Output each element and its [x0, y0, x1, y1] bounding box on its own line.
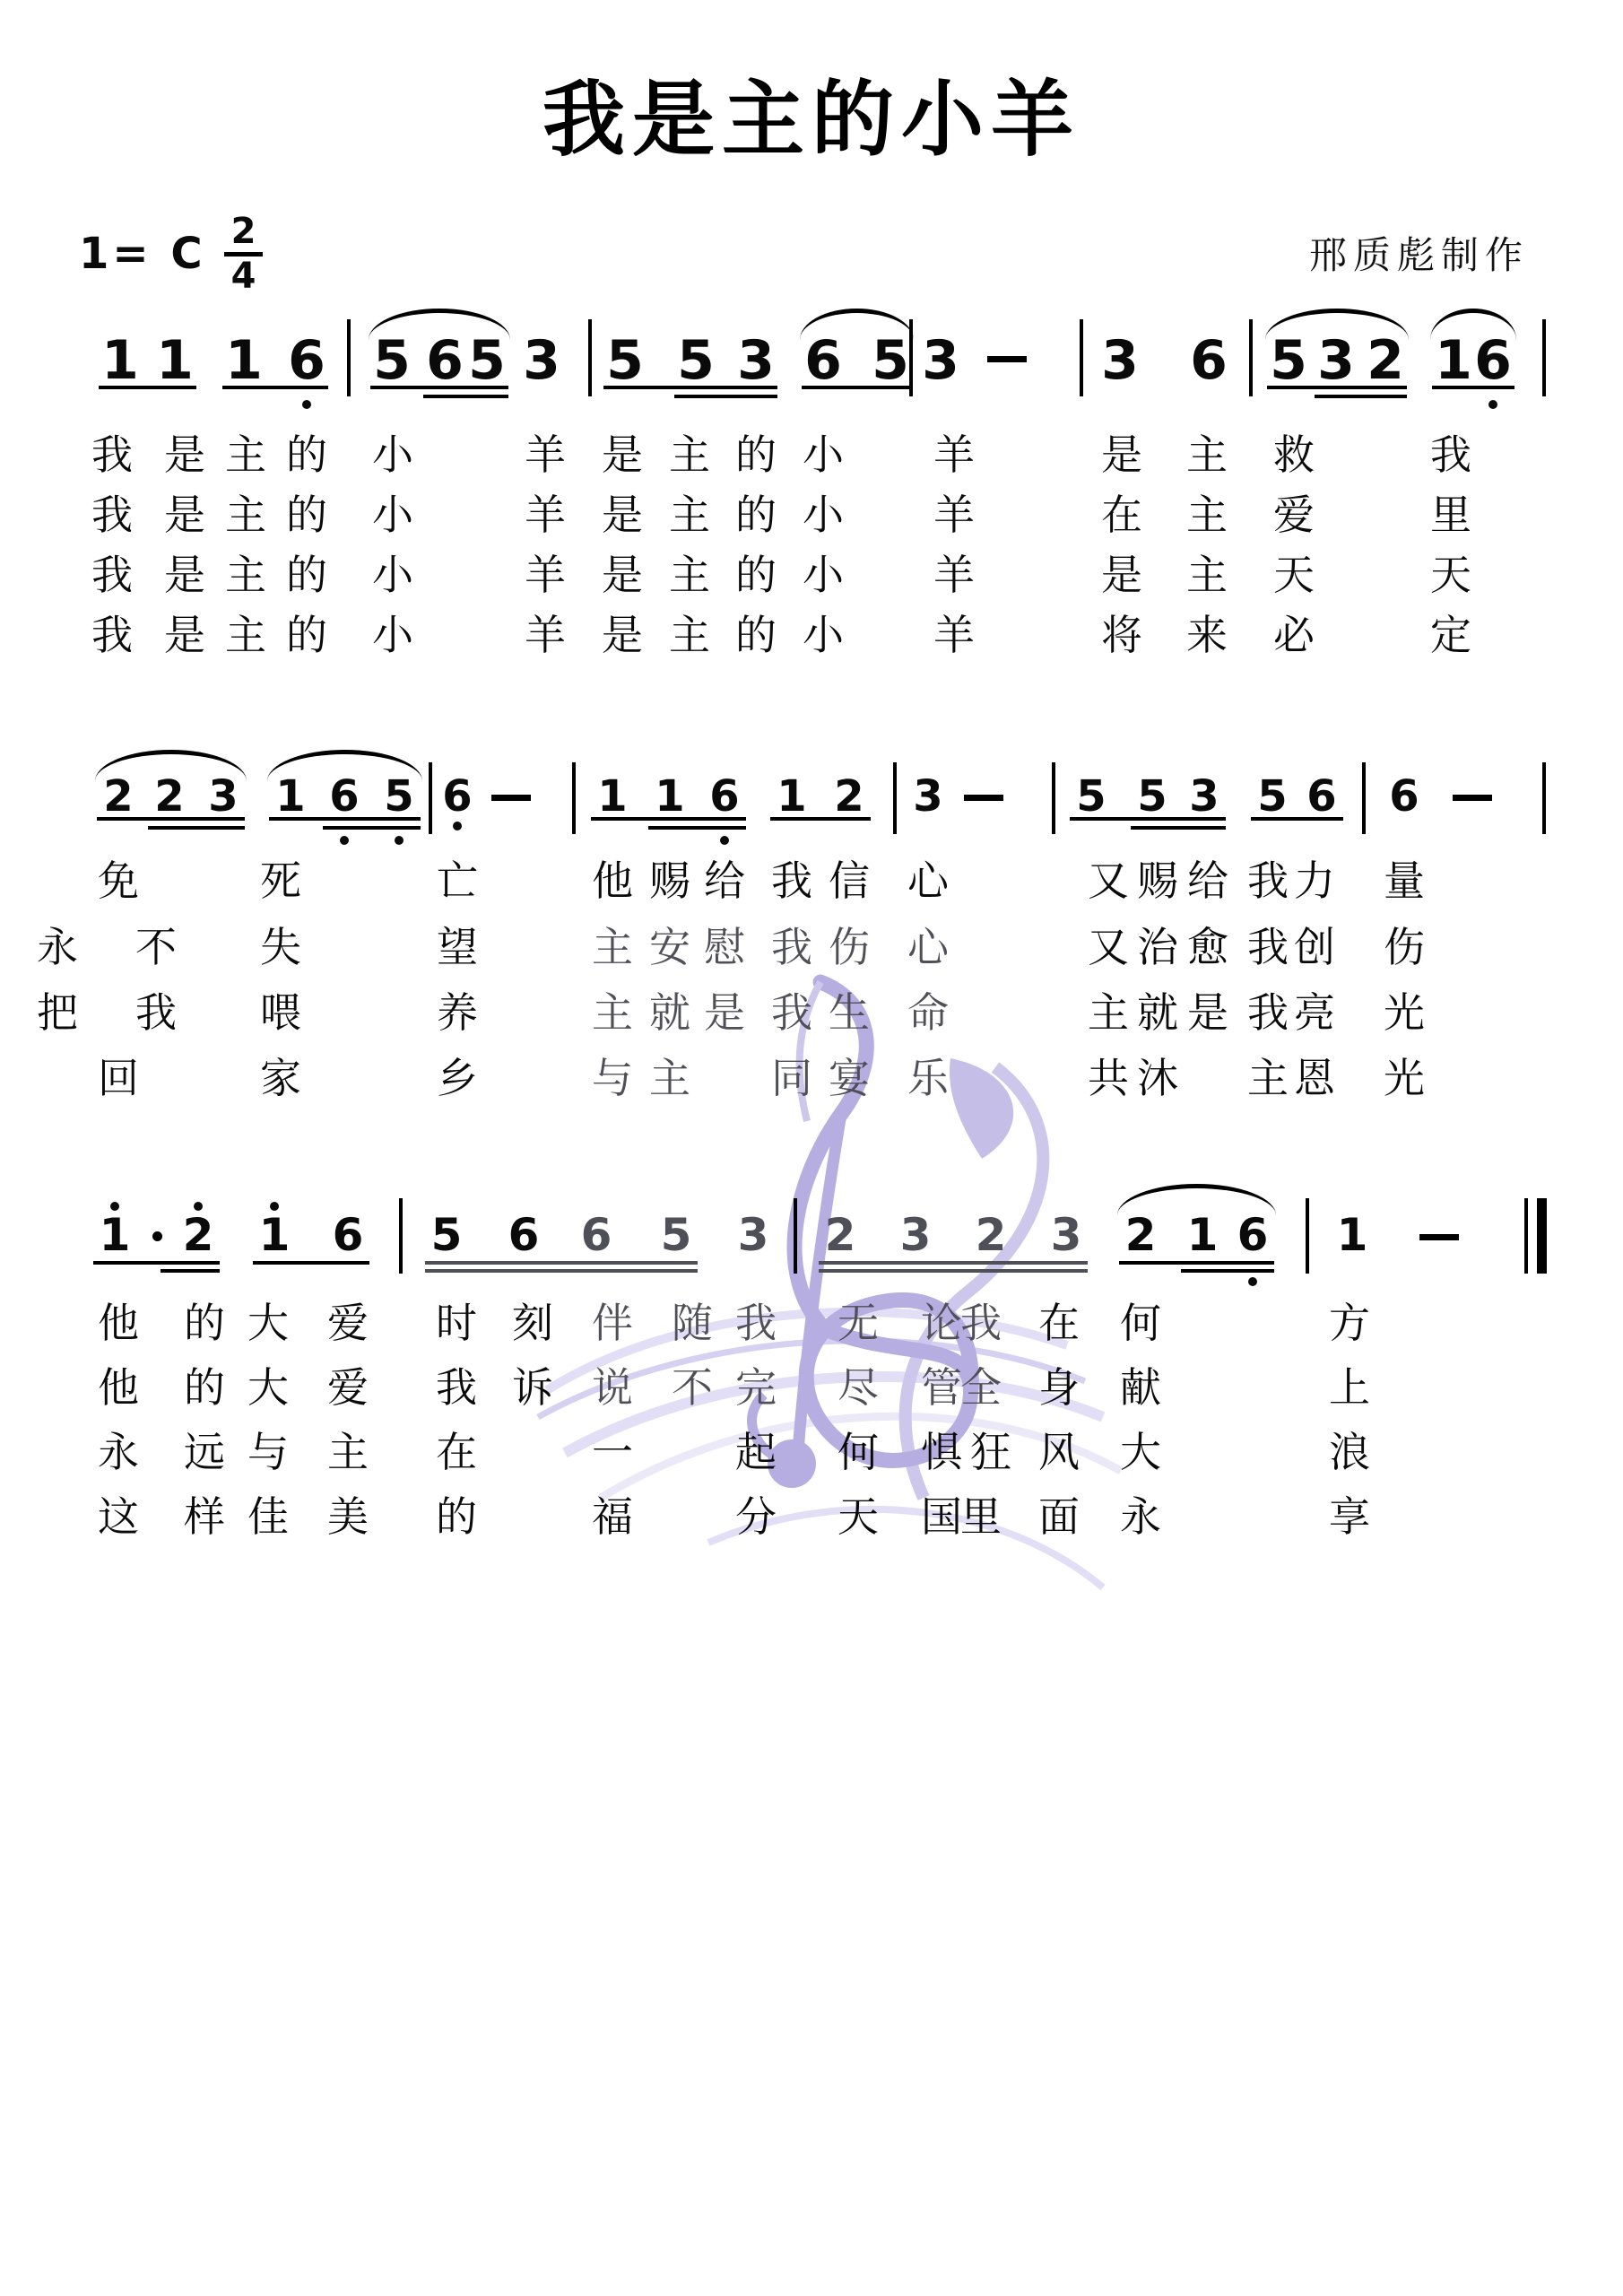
lyric-char: 主: [645, 1057, 695, 1099]
beam-underline: [770, 817, 871, 821]
beam-underline: [253, 1261, 369, 1265]
lyric-char: 主: [587, 926, 638, 968]
note-digit: 3: [1037, 1213, 1095, 1257]
lyric-char: 风: [1034, 1431, 1084, 1473]
lyric-char: 就: [645, 992, 695, 1033]
lyric-char: 我: [956, 1302, 1006, 1344]
key-time-signature: 1= C 2 4: [79, 213, 263, 295]
lyric-char: 量: [1379, 860, 1429, 901]
beam-underline: [591, 817, 746, 821]
song-title: 我是主的小羊: [0, 54, 1623, 172]
note-digit: 1: [584, 775, 641, 818]
beam-underline: [1119, 1261, 1274, 1265]
augmentation-dot: [152, 1231, 162, 1241]
lyric-char: 这: [93, 1496, 143, 1537]
lyric-char: 宴: [824, 1057, 874, 1099]
lyric-char: 给: [699, 860, 750, 901]
lyric-char: 浪: [1324, 1431, 1375, 1473]
beam-underline: [819, 1261, 1088, 1265]
note-digit: 3: [513, 334, 570, 387]
lyric-char: 样: [179, 1496, 230, 1537]
octave-dot-high: [110, 1202, 119, 1211]
lyric-char: 免: [93, 860, 143, 901]
lyric-char: 伤: [1379, 926, 1429, 968]
beam-underline: [674, 395, 777, 398]
lyric-char: 是: [1183, 992, 1233, 1033]
measure-barline: [1542, 762, 1546, 834]
lyric-char: 回: [93, 1057, 143, 1099]
lyric-char: 在: [1034, 1302, 1084, 1344]
lyric-char: 把: [32, 992, 82, 1033]
lyric-char: 爱: [323, 1367, 373, 1408]
note-digit: 3: [195, 775, 252, 818]
lyric-char: 是: [160, 554, 210, 596]
lyric-char: 的: [431, 1496, 482, 1537]
time-signature: 2 4: [224, 213, 264, 295]
note-digit: 2: [1357, 334, 1414, 387]
note-digit: 6: [319, 1213, 377, 1257]
note-digit: 1: [246, 1213, 303, 1257]
note-digit: 3: [1091, 334, 1149, 387]
lyric-char: 恩: [1289, 1057, 1340, 1099]
duration-dash: [964, 795, 1003, 801]
lyric-char: 享: [1324, 1496, 1375, 1537]
time-signature-denominator: 4: [224, 257, 264, 295]
lyric-char: 失: [256, 926, 306, 968]
duration-dash: [1419, 1234, 1459, 1240]
lyric-char: 小: [798, 614, 848, 656]
slur-arc: [267, 750, 422, 781]
lyric-char: 的: [282, 554, 332, 596]
measure-barline: [893, 762, 897, 834]
note-digit: 5: [667, 334, 725, 387]
lyric-char: 惧: [916, 1431, 967, 1473]
lyric-char: 天: [1269, 554, 1319, 596]
beam-underline: [99, 386, 196, 389]
lyric-char: 我: [87, 554, 137, 596]
lyric-char: 创: [1289, 926, 1340, 968]
lyric-char: 的: [179, 1302, 230, 1344]
note-digit: 1: [215, 334, 273, 387]
note-digit: 6: [794, 334, 852, 387]
lyric-char: 永: [93, 1431, 143, 1473]
lyric-char: 的: [282, 494, 332, 535]
lyric-char: 主: [221, 614, 271, 656]
lyric-char: 沐: [1133, 1057, 1183, 1099]
lyric-char: 方: [1324, 1302, 1375, 1344]
lyric-char: 伴: [587, 1302, 638, 1344]
lyric-char: 大: [1115, 1431, 1166, 1473]
note-digit: 2: [962, 1213, 1020, 1257]
octave-dot-low: [1488, 400, 1497, 409]
note-digit: 2: [820, 775, 878, 818]
lyric-char: 完: [731, 1367, 781, 1408]
lyric-char: 命: [903, 992, 953, 1033]
lyric-char: 主: [664, 554, 715, 596]
score-content: 我是主的小羊 1= C 2 4 邢质彪制作 111656535536533653…: [0, 0, 1623, 2296]
lyric-char: 爱: [1269, 494, 1319, 535]
lyric-char: 羊: [520, 434, 570, 475]
beam-underline: [603, 386, 777, 389]
lyric-char: 赐: [1133, 860, 1183, 901]
measure-barline: [347, 319, 351, 396]
lyric-char: 小: [368, 434, 418, 475]
lyric-char: 献: [1115, 1367, 1166, 1408]
lyric-char: 愈: [1183, 926, 1233, 968]
lyric-char: 养: [432, 992, 482, 1033]
lyric-char: 他: [93, 1367, 143, 1408]
note-digit: 2: [811, 1213, 869, 1257]
note-digit: 6: [1224, 1213, 1281, 1257]
note-digit: 6: [1180, 334, 1237, 387]
lyric-char: 在: [431, 1431, 482, 1473]
duration-dash: [987, 356, 1027, 362]
lyric-char: 里: [1426, 494, 1476, 535]
lyric-char: 家: [256, 1057, 306, 1099]
note-digit: 3: [1176, 775, 1233, 818]
lyric-char: 永: [32, 926, 82, 968]
lyric-char: 随: [667, 1302, 717, 1344]
lyric-char: 与: [587, 1057, 638, 1099]
lyric-char: 主: [1243, 1057, 1293, 1099]
lyric-char: 狂: [966, 1431, 1016, 1473]
lyric-char: 主: [221, 434, 271, 475]
time-signature-numerator: 2: [224, 213, 264, 257]
lyric-char: 诉: [508, 1367, 558, 1408]
lyric-char: 心: [903, 926, 953, 968]
lyric-char: 我: [767, 926, 817, 968]
measure-barline: [588, 319, 592, 396]
final-barline-thick: [1537, 1198, 1547, 1274]
lyric-char: 羊: [929, 434, 979, 475]
lyric-char: 是: [1097, 434, 1147, 475]
lyric-char: 天: [1426, 554, 1476, 596]
note-digit: 2: [141, 775, 198, 818]
lyric-char: 主: [664, 434, 715, 475]
note-digit: 6: [568, 1213, 625, 1257]
lyric-char: 主: [221, 554, 271, 596]
lyric-char: 永: [1115, 1496, 1166, 1537]
lyric-char: 主: [323, 1431, 373, 1473]
lyric-char: 主: [1182, 434, 1232, 475]
lyric-char: 死: [256, 860, 306, 901]
lyric-char: 起: [731, 1431, 781, 1473]
lyric-char: 羊: [520, 494, 570, 535]
duration-dash: [1453, 795, 1492, 801]
slur-arc: [1430, 309, 1516, 340]
lyric-char: 来: [1182, 614, 1232, 656]
lyric-char: 佳: [243, 1496, 293, 1537]
slur-arc: [95, 750, 247, 781]
beam-underline: [148, 826, 245, 830]
lyric-char: 又: [1083, 926, 1133, 968]
lyric-char: 主: [664, 494, 715, 535]
lyric-char: 主: [664, 614, 715, 656]
lyric-char: 上: [1324, 1367, 1375, 1408]
octave-dot-high: [194, 1202, 203, 1211]
lyric-char: 乐: [903, 1057, 953, 1099]
lyric-char: 是: [1097, 554, 1147, 596]
lyric-char: 分: [731, 1496, 781, 1537]
lyric-char: 又: [1083, 860, 1133, 901]
lyric-char: 我: [1426, 434, 1476, 475]
beam-underline: [161, 1269, 220, 1273]
lyric-char: 给: [1183, 860, 1233, 901]
lyric-char: 羊: [929, 494, 979, 535]
beam-underline: [1315, 395, 1407, 398]
lyric-char: 爱: [323, 1302, 373, 1344]
lyric-char: 小: [368, 494, 418, 535]
lyric-char: 我: [1243, 860, 1293, 901]
lyric-char: 羊: [929, 614, 979, 656]
lyric-char: 的: [731, 614, 781, 656]
lyric-char: 定: [1426, 614, 1476, 656]
beam-underline: [425, 1261, 698, 1265]
lyric-char: 大: [243, 1367, 293, 1408]
note-digit: 3: [727, 334, 785, 387]
note-digit: 1: [1324, 1213, 1381, 1257]
lyric-char: 不: [131, 926, 181, 968]
duration-dash: [491, 795, 531, 801]
note-digit: 1: [641, 775, 699, 818]
lyric-char: 治: [1133, 926, 1183, 968]
lyric-char: 是: [597, 434, 647, 475]
sheet-music-page: 我是主的小羊 1= C 2 4 邢质彪制作 111656535536533653…: [0, 0, 1623, 2296]
lyric-char: 的: [282, 614, 332, 656]
note-digit: 2: [169, 1213, 227, 1257]
lyric-char: 亮: [1289, 992, 1340, 1033]
note-digit: 2: [90, 775, 147, 818]
key-signature: 1= C: [79, 229, 206, 279]
beam-underline: [97, 817, 245, 821]
lyric-char: 全: [956, 1367, 1006, 1408]
lyric-char: 是: [160, 434, 210, 475]
lyric-char: 共: [1083, 1057, 1133, 1099]
beam-underline: [1432, 386, 1515, 389]
lyric-char: 说: [587, 1367, 638, 1408]
note-digit: 6: [495, 1213, 552, 1257]
beam-underline: [323, 826, 421, 830]
note-digit: 3: [887, 1213, 944, 1257]
note-digit: 6: [1293, 775, 1350, 818]
beam-underline: [269, 817, 421, 821]
beam-underline: [370, 386, 508, 389]
note-digit: 3: [725, 1213, 782, 1257]
lyric-char: 的: [731, 434, 781, 475]
lyric-char: 我: [767, 860, 817, 901]
lyric-char: 的: [731, 494, 781, 535]
beam-underline: [222, 386, 328, 389]
measure-barline: [1542, 319, 1546, 396]
note-digit: 5: [363, 334, 421, 387]
lyric-char: 伤: [824, 926, 874, 968]
lyric-char: 福: [587, 1496, 638, 1537]
lyric-char: 天: [833, 1496, 883, 1537]
measure-barline: [1306, 1198, 1309, 1274]
lyric-char: 他: [93, 1302, 143, 1344]
lyric-char: 的: [179, 1367, 230, 1408]
lyric-char: 赐: [645, 860, 695, 901]
lyric-char: 身: [1034, 1367, 1084, 1408]
lyric-char: 小: [368, 554, 418, 596]
lyric-char: 我: [431, 1367, 482, 1408]
lyric-char: 一: [587, 1431, 638, 1473]
note-digit: 1: [146, 334, 204, 387]
lyric-char: 何: [1115, 1302, 1166, 1344]
final-barline-thin: [1524, 1198, 1528, 1274]
note-digit: 6: [1464, 334, 1522, 387]
beam-underline: [1251, 817, 1343, 821]
arranger-credit: 邢质彪制作: [1309, 226, 1529, 280]
lyric-char: 主: [221, 494, 271, 535]
lyric-char: 主: [1182, 494, 1232, 535]
lyric-char: 光: [1379, 992, 1429, 1033]
lyric-char: 是: [160, 494, 210, 535]
lyric-char: 是: [597, 494, 647, 535]
measure-barline: [1249, 319, 1253, 396]
lyric-char: 是: [160, 614, 210, 656]
note-digit: 3: [912, 334, 969, 387]
note-digit: 5: [596, 334, 654, 387]
lyric-char: 在: [1097, 494, 1147, 535]
lyric-char: 远: [179, 1431, 230, 1473]
lyric-char: 时: [431, 1302, 482, 1344]
note-digit: 1: [763, 775, 820, 818]
lyric-char: 羊: [520, 554, 570, 596]
lyric-char: 我: [1243, 992, 1293, 1033]
lyric-char: 美: [323, 1496, 373, 1537]
lyric-char: 光: [1379, 1057, 1429, 1099]
beam-underline: [93, 1261, 220, 1265]
lyric-char: 羊: [929, 554, 979, 596]
lyric-char: 是: [597, 614, 647, 656]
lyric-char: 我: [87, 434, 137, 475]
note-digit: 1: [86, 1213, 143, 1257]
beam-underline: [1131, 826, 1226, 830]
note-digit: 6: [1376, 775, 1433, 818]
lyric-char: 的: [731, 554, 781, 596]
slur-arc: [369, 309, 510, 340]
note-digit: 5: [458, 334, 516, 387]
beam-underline: [819, 1269, 1088, 1273]
measure-barline: [572, 762, 576, 834]
lyric-char: 小: [798, 554, 848, 596]
octave-dot-low: [453, 822, 462, 831]
lyric-char: 何: [833, 1431, 883, 1473]
octave-dot-low: [1248, 1277, 1257, 1286]
octave-dot-low: [340, 836, 349, 845]
lyric-char: 我: [731, 1302, 781, 1344]
measure-barline: [1080, 319, 1083, 396]
beam-underline: [425, 1269, 698, 1273]
slur-arc: [1265, 309, 1409, 340]
lyric-char: 我: [87, 614, 137, 656]
lyric-char: 慰: [699, 926, 750, 968]
lyric-char: 就: [1133, 992, 1183, 1033]
lyric-char: 喂: [256, 992, 306, 1033]
note-digit: 1: [1174, 1213, 1231, 1257]
lyric-char: 我: [87, 494, 137, 535]
lyric-char: 安: [645, 926, 695, 968]
beam-underline: [1070, 817, 1226, 821]
note-digit: 2: [1112, 1213, 1169, 1257]
lyric-char: 是: [597, 554, 647, 596]
beam-underline: [1181, 1269, 1274, 1273]
octave-dot-low: [395, 836, 404, 845]
measure-barline: [399, 1198, 403, 1274]
lyric-char: 刻: [508, 1302, 558, 1344]
lyric-char: 救: [1269, 434, 1319, 475]
lyric-char: 主: [587, 992, 638, 1033]
lyric-char: 信: [824, 860, 874, 901]
note-digit: 5: [370, 775, 428, 818]
octave-dot-low: [720, 836, 729, 845]
octave-dot-low: [302, 400, 311, 409]
lyric-char: 是: [699, 992, 750, 1033]
lyric-char: 尽: [833, 1367, 883, 1408]
lyric-char: 主: [1182, 554, 1232, 596]
lyric-char: 我: [1243, 926, 1293, 968]
lyric-char: 他: [587, 860, 638, 901]
lyric-char: 我: [131, 992, 181, 1033]
lyric-char: 小: [798, 434, 848, 475]
lyric-char: 力: [1289, 860, 1340, 901]
note-digit: 6: [278, 334, 335, 387]
lyric-char: 与: [243, 1431, 293, 1473]
note-digit: 3: [899, 775, 957, 818]
slur-arc: [800, 309, 914, 340]
beam-underline: [648, 826, 746, 830]
note-digit: 6: [316, 775, 373, 818]
lyric-char: 大: [243, 1302, 293, 1344]
note-digit: 6: [429, 775, 486, 818]
lyric-char: 同: [767, 1057, 817, 1099]
measure-barline: [1362, 762, 1366, 834]
measure-barline: [794, 1198, 797, 1274]
lyric-char: 羊: [520, 614, 570, 656]
lyric-char: 亡: [432, 860, 482, 901]
lyric-char: 将: [1097, 614, 1147, 656]
beam-underline: [1267, 386, 1407, 389]
lyric-char: 必: [1269, 614, 1319, 656]
lyric-char: 望: [432, 926, 482, 968]
note-digit: 5: [647, 1213, 705, 1257]
note-digit: 5: [418, 1213, 475, 1257]
note-digit: 5: [1124, 775, 1181, 818]
note-digit: 1: [262, 775, 319, 818]
lyric-char: 主: [1083, 992, 1133, 1033]
lyric-char: 我: [767, 992, 817, 1033]
lyric-char: 乡: [432, 1057, 482, 1099]
lyric-char: 小: [798, 494, 848, 535]
measure-barline: [1052, 762, 1055, 834]
beam-underline: [423, 395, 508, 398]
lyric-char: 里: [956, 1496, 1006, 1537]
beam-underline: [802, 386, 912, 389]
lyric-char: 的: [282, 434, 332, 475]
note-digit: 1: [91, 334, 149, 387]
slur-arc: [1117, 1184, 1276, 1215]
note-digit: 6: [696, 775, 753, 818]
lyric-char: 生: [824, 992, 874, 1033]
lyric-char: 心: [903, 860, 953, 901]
lyric-char: 不: [667, 1367, 717, 1408]
lyric-char: 无: [833, 1302, 883, 1344]
lyric-char: 小: [368, 614, 418, 656]
note-digit: 5: [1063, 775, 1120, 818]
octave-dot-high: [270, 1202, 279, 1211]
lyric-char: 面: [1034, 1496, 1084, 1537]
